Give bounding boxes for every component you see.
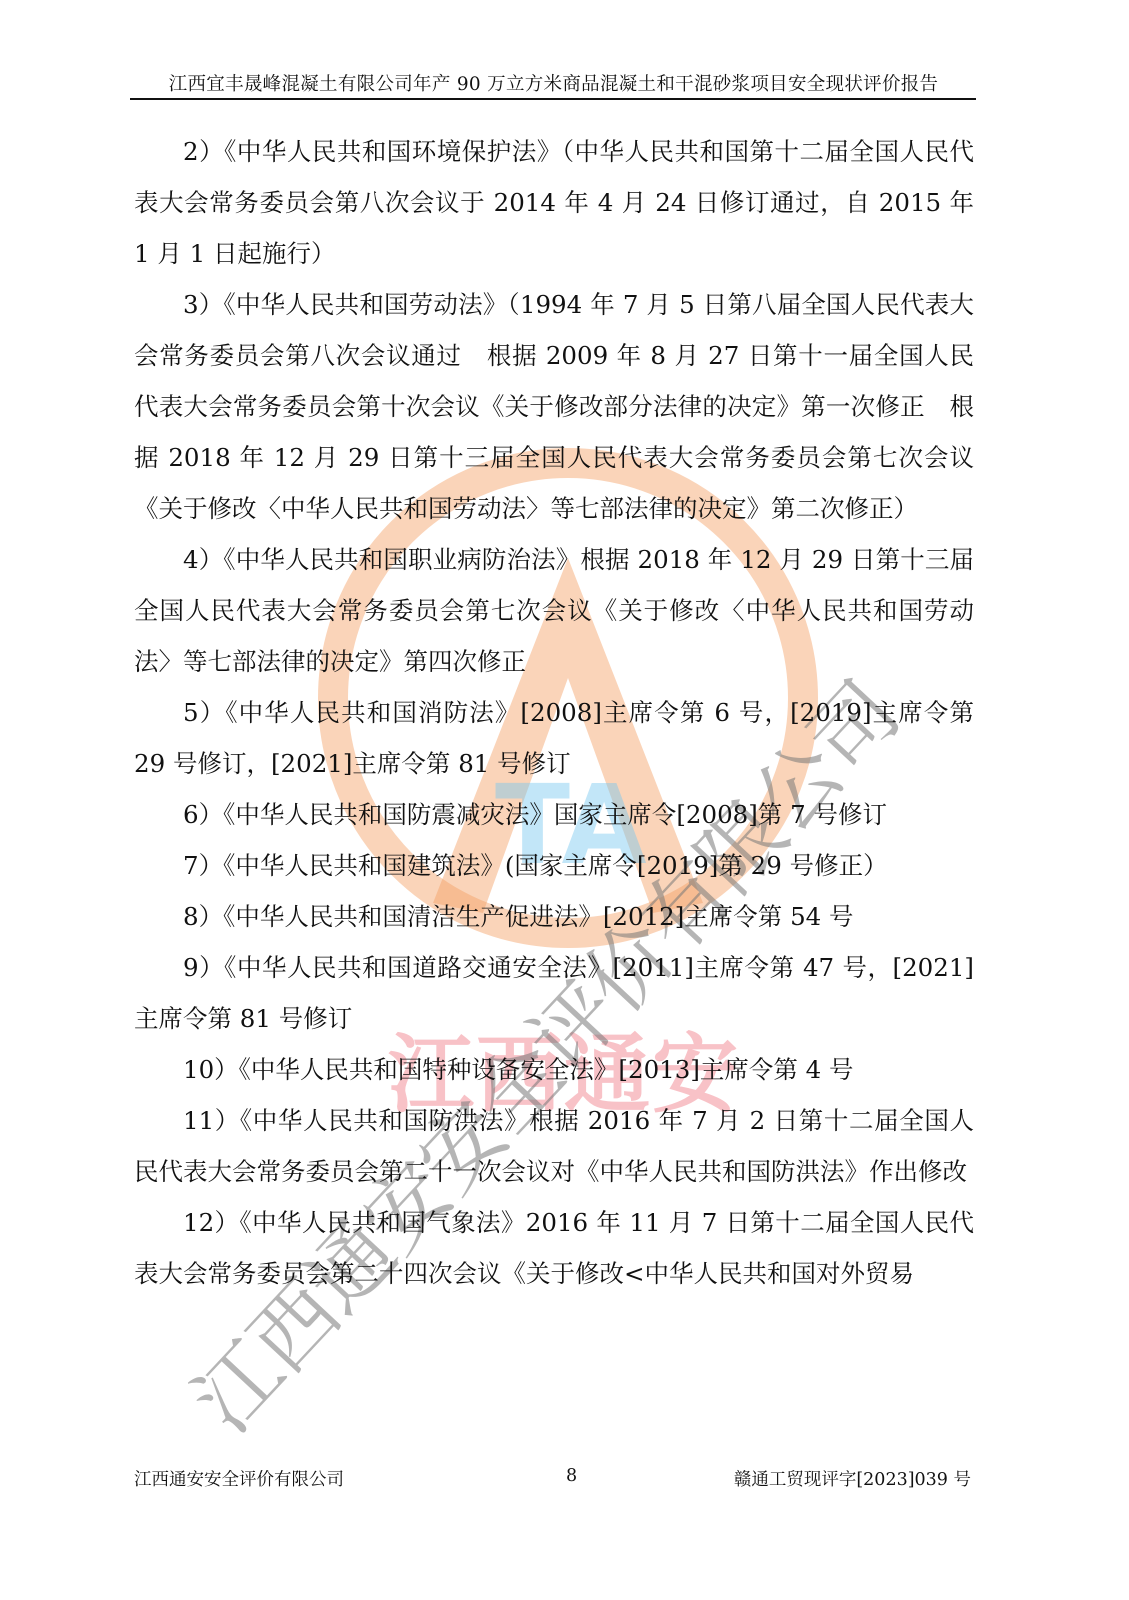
law-item-6: 6）《中华人民共和国防震减灾法》国家主席令[2008]第 7 号修订: [134, 789, 974, 840]
law-item-5: 5）《中华人民共和国消防法》[2008]主席令第 6 号，[2019]主席令第 …: [134, 687, 974, 789]
footer-page-number: 8: [566, 1466, 577, 1486]
law-item-11: 11）《中华人民共和国防洪法》根据 2016 年 7 月 2 日第十二届全国人民…: [134, 1095, 974, 1197]
law-item-10: 10）《中华人民共和国特种设备安全法》[2013]主席令第 4 号: [134, 1044, 974, 1095]
header-rule: [130, 98, 976, 100]
law-item-12: 12）《中华人民共和国气象法》2016 年 11 月 7 日第十二届全国人民代表…: [134, 1197, 974, 1299]
law-item-7: 7）《中华人民共和国建筑法》(国家主席令[2019]第 29 号修正）: [134, 840, 974, 891]
footer-doc-number: 赣通工贸现评字[2023]039 号: [734, 1466, 971, 1491]
running-header-title: 江西宜丰晟峰混凝土有限公司年产 90 万立方米商品混凝土和干混砂浆项目安全现状评…: [132, 70, 975, 96]
law-item-4: 4）《中华人民共和国职业病防治法》根据 2018 年 12 月 29 日第十三届…: [134, 534, 974, 687]
law-item-8: 8）《中华人民共和国清洁生产促进法》[2012]主席令第 54 号: [134, 891, 974, 942]
law-item-9: 9）《中华人民共和国道路交通安全法》[2011]主席令第 47 号，[2021]…: [134, 942, 974, 1044]
document-body: 2）《中华人民共和国环境保护法》（中华人民共和国第十二届全国人民代表大会常务委员…: [134, 126, 974, 1299]
footer-company: 江西通安安全评价有限公司: [134, 1466, 344, 1491]
law-item-2: 2）《中华人民共和国环境保护法》（中华人民共和国第十二届全国人民代表大会常务委员…: [134, 126, 974, 279]
law-item-3: 3）《中华人民共和国劳动法》（1994 年 7 月 5 日第八届全国人民代表大会…: [134, 279, 974, 534]
